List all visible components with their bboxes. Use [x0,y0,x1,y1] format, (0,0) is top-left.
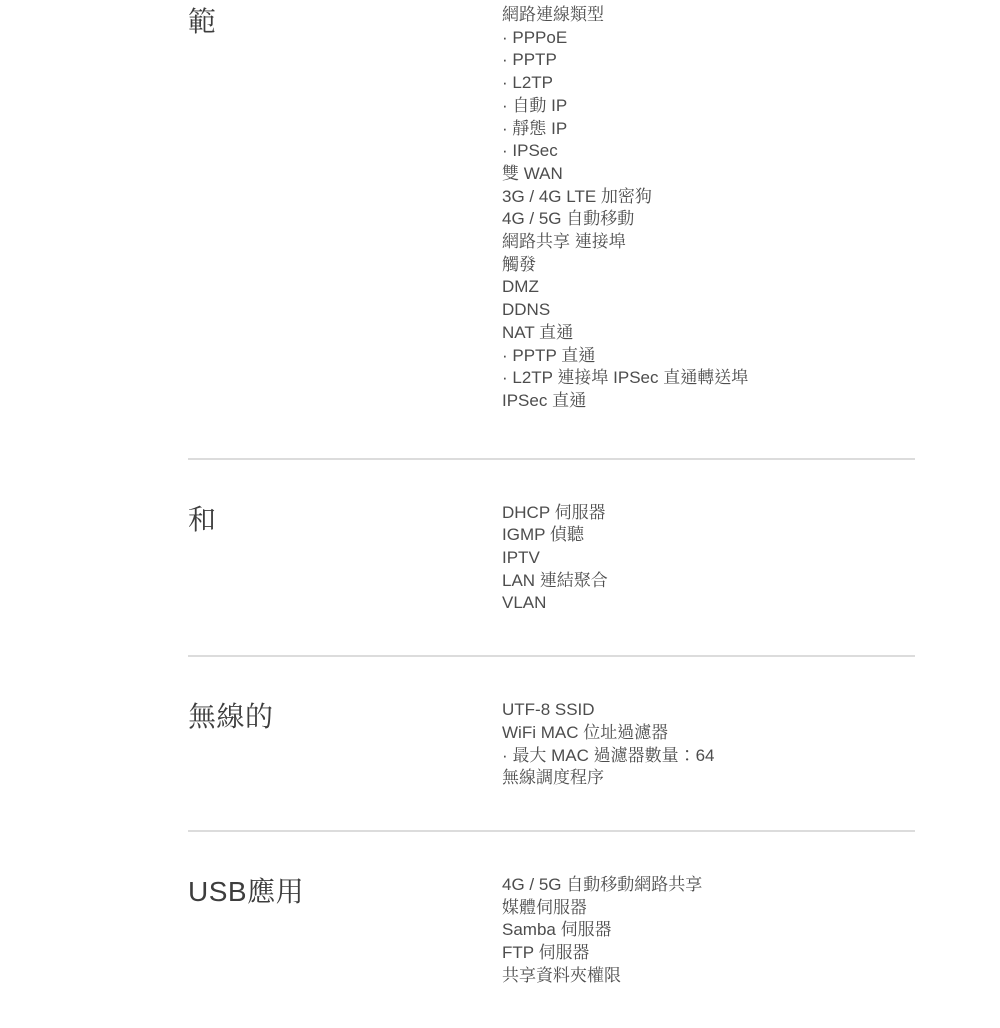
spec-line: 無線調度程序 [502,767,915,790]
spec-line: · PPTP 直通 [502,345,915,368]
spec-line: IGMP 偵聽 [502,524,915,547]
spec-line: DMZ [502,276,915,299]
section-label: 無線的 [188,702,502,732]
spec-table: 範 網路連線類型· PPPoE· PPTP· L2TP· 自動 IP· 靜態 I… [188,0,915,1000]
spec-line: 共享資料夾權限 [502,965,915,988]
spec-section-wireless: 無線的 UTF-8 SSIDWiFi MAC 位址過濾器· 最大 MAC 過濾器… [188,655,915,830]
spec-line: 4G / 5G 自動移動網路共享 [502,874,915,897]
spec-line: NAT 直通 [502,322,915,345]
spec-line: UTF-8 SSID [502,699,915,722]
spec-line: 網路共享 連接埠 [502,231,915,254]
spec-line: · PPTP [502,49,915,72]
spec-line: WiFi MAC 位址過濾器 [502,722,915,745]
spec-line: 觸發 [502,254,915,277]
spec-line: 媒體伺服器 [502,897,915,920]
spec-line: IPTV [502,547,915,570]
spec-line: DHCP 伺服器 [502,502,915,525]
spec-line: Samba 伺服器 [502,919,915,942]
section-items: 4G / 5G 自動移動網路共享媒體伺服器Samba 伺服器FTP 伺服器共享資… [502,874,915,988]
section-items: UTF-8 SSIDWiFi MAC 位址過濾器· 最大 MAC 過濾器數量：6… [502,699,915,790]
spec-line: · PPPoE [502,27,915,50]
spec-line: 雙 WAN [502,163,915,186]
spec-line: 4G / 5G 自動移動 [502,208,915,231]
spec-line: · 靜態 IP [502,118,915,141]
spec-line: · L2TP 連接埠 IPSec 直通轉送埠 [502,367,915,390]
spec-line: · 自動 IP [502,95,915,118]
section-label: USB應用 [188,877,502,907]
spec-line: · L2TP [502,72,915,95]
spec-section-lan: 和 DHCP 伺服器IGMP 偵聽IPTVLAN 連結聚合VLAN [188,458,915,656]
section-items: DHCP 伺服器IGMP 偵聽IPTVLAN 連結聚合VLAN [502,502,915,616]
spec-line: · 最大 MAC 過濾器數量：64 [502,745,915,768]
spec-line: DDNS [502,299,915,322]
section-label: 範 [188,7,502,37]
spec-section-network: 範 網路連線類型· PPPoE· PPTP· L2TP· 自動 IP· 靜態 I… [188,0,915,458]
spec-line: · IPSec [502,140,915,163]
section-items: 網路連線類型· PPPoE· PPTP· L2TP· 自動 IP· 靜態 IP·… [502,4,915,413]
spec-line: LAN 連結聚合 [502,570,915,593]
spec-line: 3G / 4G LTE 加密狗 [502,186,915,209]
section-label: 和 [188,505,502,535]
spec-line: FTP 伺服器 [502,942,915,965]
spec-line: VLAN [502,592,915,615]
spec-line: 網路連線類型 [502,4,915,27]
spec-line: IPSec 直通 [502,390,915,413]
spec-section-usb: USB應用 4G / 5G 自動移動網路共享媒體伺服器Samba 伺服器FTP … [188,830,915,1000]
